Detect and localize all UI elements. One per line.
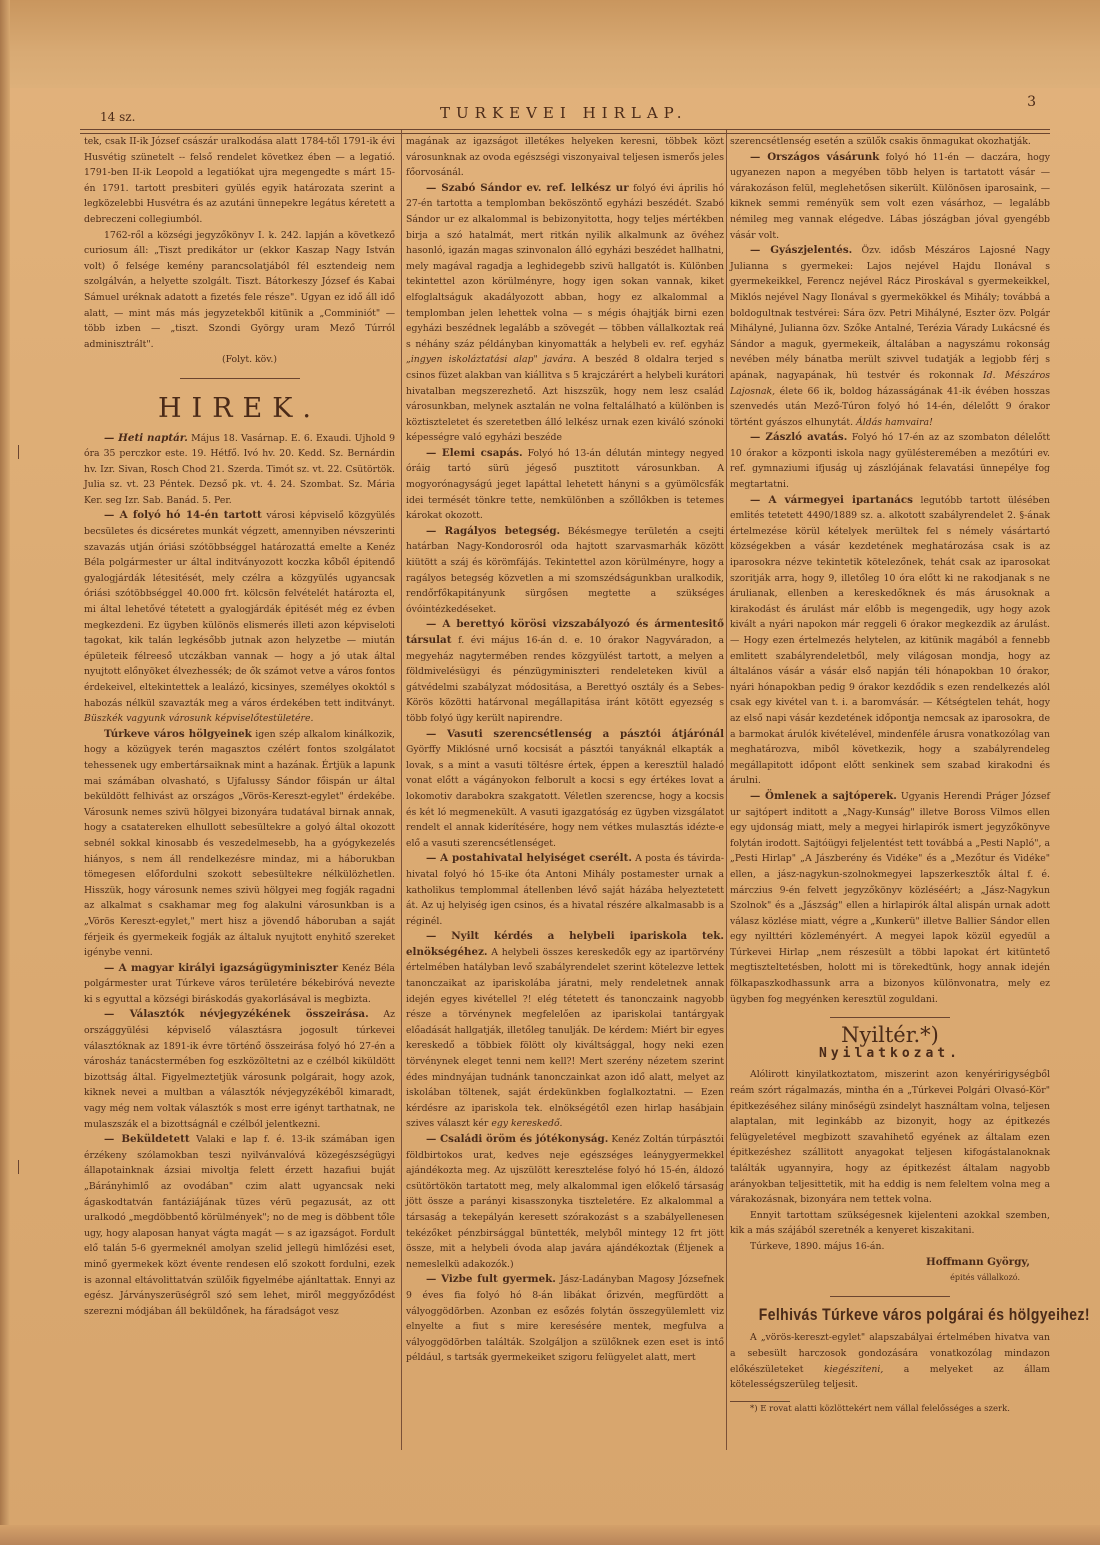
news-item-drowned-child: — Vizbe fult gyermek. Jász-Ladányban Mag… bbox=[406, 1272, 724, 1366]
news-item-submitted: — Beküldetett Valaki e lap f. é. 13-ik s… bbox=[84, 1132, 395, 1319]
news-item-obituary: — Gyászjelentés. Özv. idősb Mészáros Laj… bbox=[730, 243, 1050, 430]
declaration-dateline: Túrkeve, 1890. május 16-án. bbox=[730, 1239, 1050, 1255]
section-divider bbox=[830, 1296, 950, 1297]
declaration-paragraph: Ennyit tartottam szükségesnek kijelenten… bbox=[730, 1208, 1050, 1239]
news-item-railway: — Vasuti szerencsétlenség a pásztói átjá… bbox=[406, 727, 724, 852]
news-item-disease: — Ragályos betegség. Békésmegye területé… bbox=[406, 524, 724, 618]
article-continuation: szerencsétlenség esetén a szülők csakis … bbox=[730, 134, 1050, 150]
news-item-hailstorm: — Elemi csapás. Folyó hó 13-án délután m… bbox=[406, 446, 724, 524]
page-left-fold bbox=[0, 0, 10, 1545]
news-item-fair: — Országos vásárunk folyó hó 11-én — dac… bbox=[730, 150, 1050, 244]
news-item-open-question: — Nyilt kérdés a helybeli ipariskola tek… bbox=[406, 929, 724, 1132]
news-item-pastor: — Szabó Sándor ev. ref. lelkész ur folyó… bbox=[406, 181, 724, 446]
news-item-voters: — Választók névjegyzékének összeirása. A… bbox=[84, 1007, 395, 1132]
news-item-council: — A folyó hó 14-én tartott városi képvis… bbox=[84, 508, 395, 726]
declaration-signature-title: épités vállalkozó. bbox=[730, 1270, 1050, 1286]
footnote: *) E rovat alatti közlöttekért nem válla… bbox=[730, 1402, 1050, 1418]
paper-title: TURKEVEI HIRLAP. bbox=[440, 104, 688, 122]
page-top-edge bbox=[0, 0, 1100, 88]
margin-mark bbox=[18, 1160, 19, 1174]
column-3: szerencsétlenség esetén a szülők csakis … bbox=[730, 134, 1050, 1417]
section-divider bbox=[830, 1017, 950, 1018]
article-paragraph: 1762-ről a községi jegyzőkönyv I. k. 242… bbox=[84, 228, 395, 353]
news-item-water-society: — A berettyó körösi vizszabályozó és árm… bbox=[406, 617, 724, 726]
issue-number: 14 sz. bbox=[100, 110, 135, 124]
declaration-paragraph: Alólirott kinyilatkoztatom, miszerint az… bbox=[730, 1067, 1050, 1207]
to-be-continued: (Folyt. köv.) bbox=[84, 352, 395, 368]
news-item-flag-ceremony: — Zászló avatás. Folyó hó 17-én az az sz… bbox=[730, 430, 1050, 492]
declaration-signature: Hoffmann György, bbox=[730, 1255, 1050, 1271]
masthead: 14 sz. TURKEVEI HIRLAP. 3 bbox=[80, 100, 1040, 128]
news-item-family-joy: — Családi öröm és jótékonyság. Kenéz Zol… bbox=[406, 1132, 724, 1272]
appeal-text: A „vörös-kereszt-egylet" alapszabályai é… bbox=[730, 1330, 1050, 1392]
article-continuation: magának az igazságot illetékes helyeken … bbox=[406, 134, 724, 181]
news-item-ladies: Túrkeve város hölgyeinek igen szép alkal… bbox=[84, 727, 395, 961]
column-1: tek, csak II-ik József császár uralkodás… bbox=[84, 134, 395, 1319]
news-item-press-lawsuits: — Ömlenek a sajtóperek. Ugyanis Herendi … bbox=[730, 789, 1050, 1007]
page-number: 3 bbox=[1027, 94, 1036, 110]
column-divider bbox=[401, 130, 402, 1450]
section-title-open-forum: Nyiltér.*) bbox=[730, 1028, 1050, 1044]
news-item-post-office: — A postahivatal helyiséget cserélt. A p… bbox=[406, 851, 724, 929]
news-item-trade-council: — A vármegyei ipartanács legutóbb tartot… bbox=[730, 493, 1050, 789]
section-divider bbox=[180, 378, 300, 379]
news-item-minister: — A magyar királyi igazságügyminiszter K… bbox=[84, 961, 395, 1008]
margin-mark bbox=[18, 445, 19, 459]
article-continuation: tek, csak II-ik József császár uralkodás… bbox=[84, 134, 395, 228]
section-title-news: HIREK. bbox=[84, 401, 395, 417]
declaration-title: Nyilatkozat. bbox=[730, 1046, 1050, 1062]
column-divider bbox=[726, 130, 727, 1450]
appeal-heading: Felhivás Túrkeve város polgárai és hölgy… bbox=[759, 1307, 1021, 1323]
column-2: magának az igazságot illetékes helyeken … bbox=[406, 134, 724, 1366]
page-bottom-edge bbox=[0, 1525, 1100, 1545]
news-item-calendar: — Heti naptár. Május 18. Vasárnap. E. 6.… bbox=[84, 431, 395, 509]
newspaper-page: 14 sz. TURKEVEI HIRLAP. 3 tek, csak II-i… bbox=[0, 0, 1100, 1545]
